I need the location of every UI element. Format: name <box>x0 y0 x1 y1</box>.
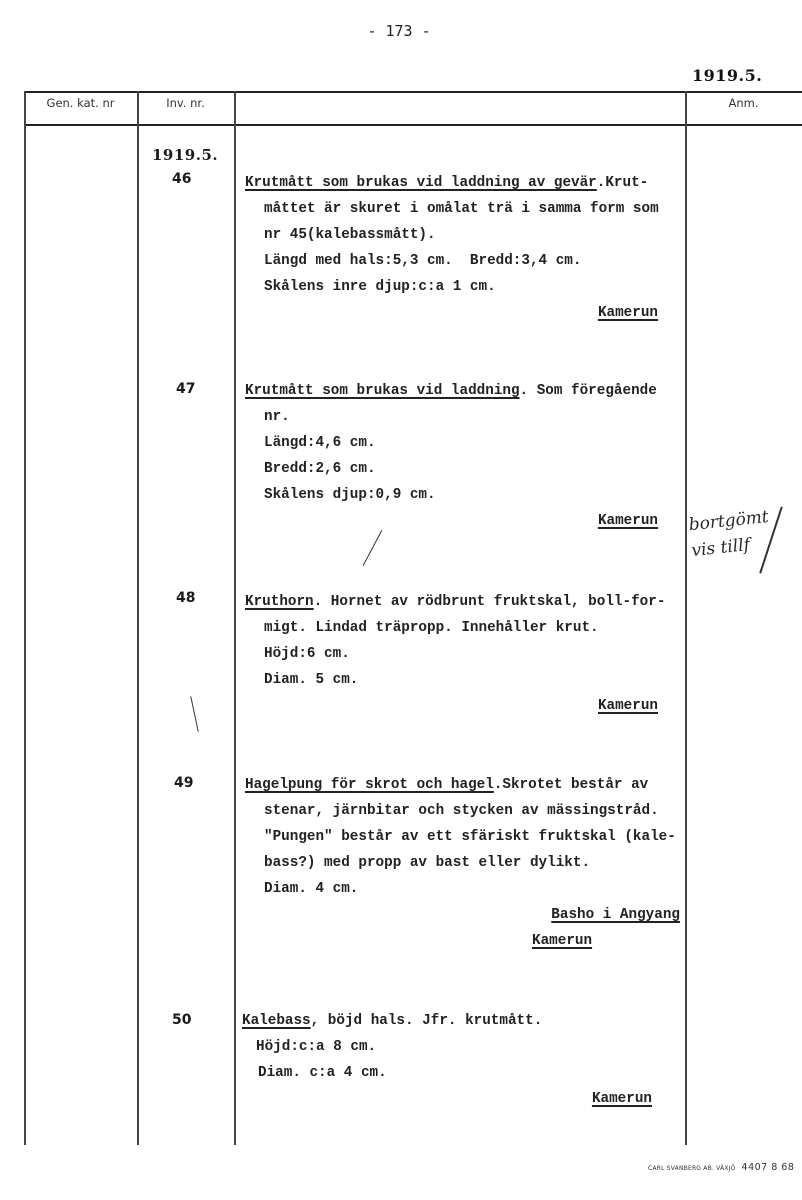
left-border <box>24 91 26 1145</box>
printer-footer: CARL SVANBERG AB. VÄXJÖ4407 8 68 <box>648 1162 794 1173</box>
inv-nr-48: 48 <box>176 590 195 606</box>
pen-slash-mark <box>363 530 383 566</box>
entry-line: Längd:4,6 cm. <box>245 430 685 456</box>
entry-line: nr. <box>245 404 685 430</box>
entry-line: "Pungen" består av ett sfäriskt fruktska… <box>245 824 685 850</box>
entry-title: Kalebass <box>242 1013 311 1029</box>
entry-place: Kamerun <box>245 693 685 719</box>
pen-stroke-mark <box>190 696 199 731</box>
column-divider-2 <box>234 91 236 1145</box>
entry-line: Diam. 4 cm. <box>245 876 685 902</box>
inv-nr-49: 49 <box>174 775 193 791</box>
entry-line: nr 45(kalebassmått). <box>245 222 685 248</box>
catalog-entry-47: Krutmått som brukas vid laddning. Som fö… <box>245 378 685 534</box>
entry-place: Kamerun <box>245 928 685 954</box>
catalog-entry-48: Kruthorn. Hornet av rödbrunt fruktskal, … <box>245 589 685 719</box>
entry-title-rest: , böjd hals. Jfr. krutmått. <box>311 1013 543 1029</box>
header-inv-nr: Inv. nr. <box>137 96 234 110</box>
entry-line: Diam. c:a 4 cm. <box>242 1060 682 1086</box>
entry-line: migt. Lindad träpropp. Innehåller krut. <box>245 615 685 641</box>
entry-place: Kamerun <box>245 508 685 534</box>
entry-title-rest: . Hornet av rödbrunt fruktskal, boll-for… <box>314 594 666 610</box>
entry-line: Diam. 5 cm. <box>245 667 685 693</box>
entry-title-rest: .Skrotet består av <box>494 777 648 793</box>
entry-line: Bredd:2,6 cm. <box>245 456 685 482</box>
catalog-entry-49: Hagelpung för skrot och hagel.Skrotet be… <box>245 772 685 954</box>
column-divider-1 <box>137 91 139 1145</box>
entry-line: Skålens djup:0,9 cm. <box>245 482 685 508</box>
entry-title: Kruthorn <box>245 594 314 610</box>
entry-line: Höjd:6 cm. <box>245 641 685 667</box>
entry-title: Hagelpung för skrot och hagel <box>245 777 494 793</box>
entry-place: Kamerun <box>245 300 685 326</box>
entry-title-rest: .Krut- <box>597 175 648 191</box>
inv-nr-47: 47 <box>176 381 195 397</box>
entry-line: måttet är skuret i omålat trä i samma fo… <box>245 196 685 222</box>
entry-line: stenar, järnbitar och stycken av mässing… <box>245 798 685 824</box>
entry-title: Krutmått som brukas vid laddning av gevä… <box>245 175 597 191</box>
entry-title-rest: . Som föregående <box>520 383 657 399</box>
header-gen-kat-nr: Gen. kat. nr <box>24 96 137 110</box>
inv-nr-50: 50 <box>172 1012 191 1028</box>
inv-year: 1919.5. <box>152 146 218 164</box>
page-number: - 173 - <box>0 22 802 40</box>
catalog-entry-46: Krutmått som brukas vid laddning av gevä… <box>245 170 685 326</box>
entry-line: bass?) med propp av bast eller dylikt. <box>245 850 685 876</box>
header-anm: Anm. <box>685 96 802 110</box>
entry-place: Basho i Angyang <box>245 902 685 928</box>
handwritten-annotation: bortgömtvis tillf <box>688 504 773 564</box>
inv-nr-46: 46 <box>172 171 191 187</box>
date-code: 1919.5. <box>692 66 762 85</box>
entry-line: Skålens inre djup:c:a 1 cm. <box>245 274 685 300</box>
entry-place: Kamerun <box>242 1086 682 1112</box>
entry-title: Krutmått som brukas vid laddning <box>245 383 520 399</box>
column-divider-3 <box>685 91 687 1145</box>
entry-line: Höjd:c:a 8 cm. <box>242 1034 682 1060</box>
entry-line: Längd med hals:5,3 cm. Bredd:3,4 cm. <box>245 248 685 274</box>
catalog-entry-50: Kalebass, böjd hals. Jfr. krutmått. Höjd… <box>242 1008 682 1112</box>
